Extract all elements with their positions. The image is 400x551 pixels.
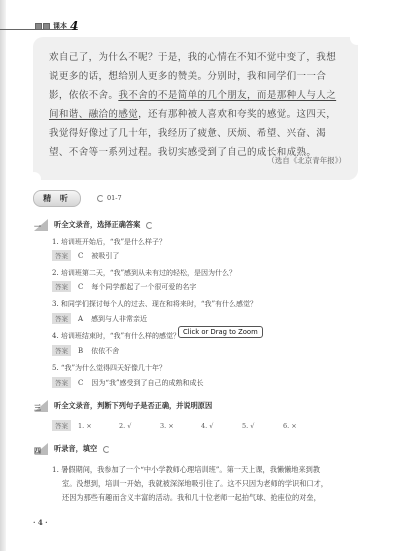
answer-tag: 答案 — [52, 345, 71, 356]
answer-text: 被吸引了 — [91, 251, 119, 261]
header-volume: 4 — [70, 22, 78, 30]
task-title: 听录音，填空 — [54, 444, 97, 454]
page-edge-shadow — [0, 0, 6, 551]
answer-text: 感到与人非常亲近 — [91, 314, 147, 324]
answer-text: 依依不舍 — [91, 346, 119, 356]
answer-text: 因为“我”感受到了自己的成熟和成长 — [91, 378, 203, 388]
answer-tag: 答案 — [52, 250, 71, 261]
tf-answer-1: 1. × — [78, 422, 119, 430]
page-header: 课本 4 — [0, 0, 400, 36]
answer-2: 答案 C 每个同学都起了一个很可爱的名字 — [52, 281, 196, 292]
header-logo: 课本 4 — [35, 21, 78, 31]
fill-in-text: 1. 暑假期间，我参加了一个“中小学教师心理培训班”。第一天上课，我懒懒地来到教… — [52, 463, 362, 505]
task-3-heading: 三 听全文录音，判断下列句子是否正确，并说明原因 — [34, 400, 212, 412]
question-2: 2. 培训班第二天，“我”感到从未有过的轻松，是因为什么？ — [52, 268, 236, 278]
audio-icon[interactable] — [103, 446, 110, 453]
task-number: 三 — [34, 403, 41, 413]
answer-letter: C — [78, 283, 83, 291]
true-false-answers: 答案 1. × 2. √ 3. × 4. √ 5. √ 6. × — [52, 420, 324, 431]
answer-tag: 答案 — [52, 313, 71, 324]
passage-underlined-text: 感觉 — [118, 109, 138, 120]
audio-icon[interactable] — [97, 195, 104, 202]
tf-answer-6: 6. × — [283, 422, 324, 430]
answer-tag: 答案 — [52, 377, 71, 388]
task-title: 听全文录音，判断下列句子是否正确，并说明原因 — [54, 401, 212, 411]
true-false-list: 1. × 2. √ 3. × 4. √ 5. √ 6. × — [78, 422, 324, 430]
task-number: 一 — [34, 222, 41, 232]
answer-4: 答案 B 依依不舍 — [52, 345, 119, 356]
section-label-intensive-listening: 精 听 — [33, 190, 81, 207]
task-1-heading: 一 听全文录音，选择正确答案 — [34, 219, 153, 231]
answer-1: 答案 C 被吸引了 — [52, 250, 119, 261]
fill-line: 室。没想到，培训一开始，我就被深深地吸引住了。这不只因为老师的学识和口才， — [52, 477, 362, 491]
task-title: 听全文录音，选择正确答案 — [54, 220, 140, 230]
audio-track-reference[interactable]: 01-7 — [97, 194, 122, 202]
question-4: 4. 培训班结束时，“我”有什么样的感觉？ — [52, 331, 180, 341]
tf-answer-4: 4. √ — [201, 422, 242, 430]
logo-square-icon — [35, 23, 42, 30]
answer-letter: C — [78, 379, 83, 387]
question-5: 5. “我”为什么觉得四天好像几十年？ — [52, 363, 166, 373]
task-number: 四 — [34, 446, 41, 456]
page-number: · 4 · — [33, 518, 48, 527]
tf-answer-2: 2. √ — [119, 422, 160, 430]
tf-answer-3: 3. × — [160, 422, 201, 430]
passage-source: （选自《北京青年报》） — [267, 155, 346, 166]
fill-line: 还因为那些有趣而含义丰富的活动。我和几十位老师一起拍气球、抢座位的对垒， — [52, 491, 362, 505]
answer-letter: A — [78, 315, 83, 323]
reading-passage-box: 欢自己了，为什么不呢？于是，我的心情在不知不觉中变了，我想说更多的话，想给别人更… — [33, 37, 358, 180]
answer-text: 每个同学都起了一个很可爱的名字 — [91, 282, 196, 292]
question-1: 1. 培训班开始后，“我”是什么样子？ — [52, 237, 166, 247]
question-3: 3. 和同学们探讨每个人的过去、现在和将来时，“我”有什么感觉？ — [52, 299, 257, 309]
passage-line: 舍。 — [99, 90, 119, 101]
answer-letter: B — [78, 347, 83, 355]
passage-text: 欢自己了，为什么不呢？于是，我的心情在不知不觉中变了，我想说更多的话，想给别人更… — [49, 48, 345, 162]
audio-track-number: 01-7 — [107, 194, 122, 202]
zoom-tooltip: Click or Drag to Zoom — [178, 326, 263, 338]
answer-5: 答案 C 因为“我”感受到了自己的成熟和成长 — [52, 377, 204, 388]
answer-letter: C — [78, 252, 83, 260]
fill-line: 1. 暑假期间，我参加了一个“中小学教师心理培训班”。第一天上课，我懒懒地来到教 — [52, 463, 362, 477]
answer-tag: 答案 — [52, 420, 71, 431]
audio-icon[interactable] — [146, 222, 153, 229]
tf-answer-5: 5. √ — [242, 422, 283, 430]
answer-3: 答案 A 感到与人非常亲近 — [52, 313, 147, 324]
logo-square-icon — [43, 23, 50, 30]
header-title: 课本 — [53, 21, 67, 31]
answer-tag: 答案 — [52, 281, 71, 292]
task-4-heading: 四 听录音，填空 — [34, 443, 110, 455]
